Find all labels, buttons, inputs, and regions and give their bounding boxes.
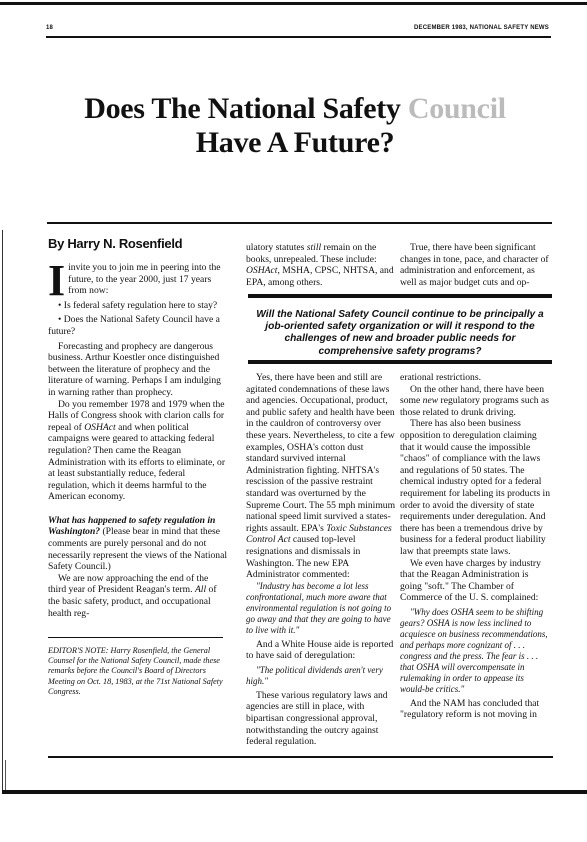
paragraph: Yes, there have been and still are agita…	[246, 372, 396, 581]
header-rule	[46, 36, 551, 38]
column-2: Yes, there have been and still are agita…	[246, 368, 396, 748]
title-line1: Does The National Safety Council	[84, 92, 506, 125]
title-rule	[47, 222, 552, 224]
scan-left-edge	[2, 230, 3, 792]
block-quote: "Industry has become a lot less confront…	[246, 581, 396, 636]
bullet-question-1: • Is federal safety regulation here to s…	[48, 300, 228, 312]
paragraph: What has happened to safety regulation i…	[48, 515, 228, 573]
block-quote: "The political dividends aren't very hig…	[246, 665, 396, 687]
paragraph: erational restrictions.	[400, 372, 550, 384]
paragraph: True, there have been significant change…	[400, 242, 550, 288]
publication-line: DECEMBER 1983, NATIONAL SAFETY NEWS	[414, 25, 549, 31]
page-end-rule	[48, 756, 553, 758]
editors-note-rule	[48, 637, 223, 638]
paragraph: We even have charges by industry that th…	[400, 558, 550, 604]
bullet-question-2: • Does the National Safety Council have …	[48, 314, 228, 337]
paragraph: These various regulatory laws and agenci…	[246, 690, 396, 748]
column-2-top: ulatory statutes still remain on the boo…	[246, 242, 396, 288]
paragraph: And a White House aide is reported to ha…	[246, 639, 396, 662]
pull-quote: Will the National Safety Council continu…	[248, 309, 552, 358]
paragraph: Do you remember 1978 and 1979 when the H…	[48, 399, 228, 503]
scan-left-edge-inner	[5, 760, 6, 792]
scan-top-edge-rule	[0, 2, 587, 5]
paragraph: Forecasting and prophecy are dangerous b…	[48, 341, 228, 399]
paragraph: There has also been business opposition …	[400, 418, 550, 557]
paragraph: ulatory statutes still remain on the boo…	[246, 242, 396, 288]
article-title: Does The National Safety Council Have A …	[40, 92, 550, 160]
title-line2: Have A Future?	[196, 126, 395, 159]
column-3-top: True, there have been significant change…	[400, 242, 550, 288]
block-quote: "Why does OSHA seem to be shifting gears…	[400, 607, 550, 695]
intro-paragraph: Iinvite you to join me in peering into t…	[48, 262, 228, 297]
drop-cap: I	[48, 263, 65, 299]
paragraph: We are now approaching the end of the th…	[48, 573, 228, 619]
scan-bottom-edge-rule	[2, 790, 587, 794]
paragraph: On the other hand, there have been some …	[400, 384, 550, 419]
page-number: 18	[46, 25, 53, 31]
column-3: erational restrictions. On the other han…	[400, 368, 550, 721]
editors-note: EDITOR'S NOTE: Harry Rosenfield, the Gen…	[48, 646, 226, 697]
column-1: By Harry N. Rosenfield Iinvite you to jo…	[48, 236, 228, 619]
pull-quote-bottom-rule	[248, 360, 552, 364]
title-faded-word: Council	[408, 92, 506, 125]
paragraph: And the NAM has concluded that "regulato…	[400, 698, 550, 721]
pull-quote-top-rule	[248, 294, 552, 298]
byline: By Harry N. Rosenfield	[48, 236, 228, 252]
